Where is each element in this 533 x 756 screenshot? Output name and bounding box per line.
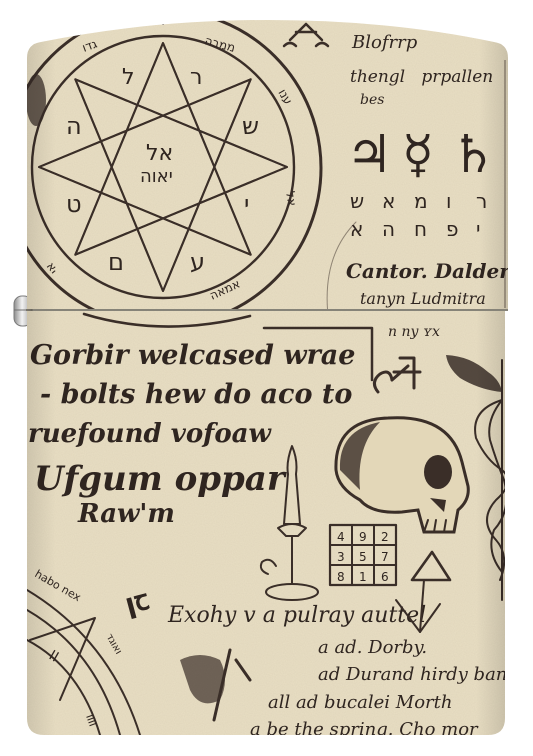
lighter-body: n ny ʏx Gorbir welcased wrae - bolts hew… (27, 311, 525, 740)
lighter-lid: ל ר ש י ע ם ט ה אל יאוה גדו ממבה אל ענו … (5, 10, 511, 330)
lighter-illustration: ל ר ש י ע ם ט ה אל יאוה גדו ממבה אל ענו … (0, 0, 533, 756)
product-photo: ל ר ש י ע ם ט ה אל יאוה גדו ממבה אל ענו … (0, 0, 533, 756)
